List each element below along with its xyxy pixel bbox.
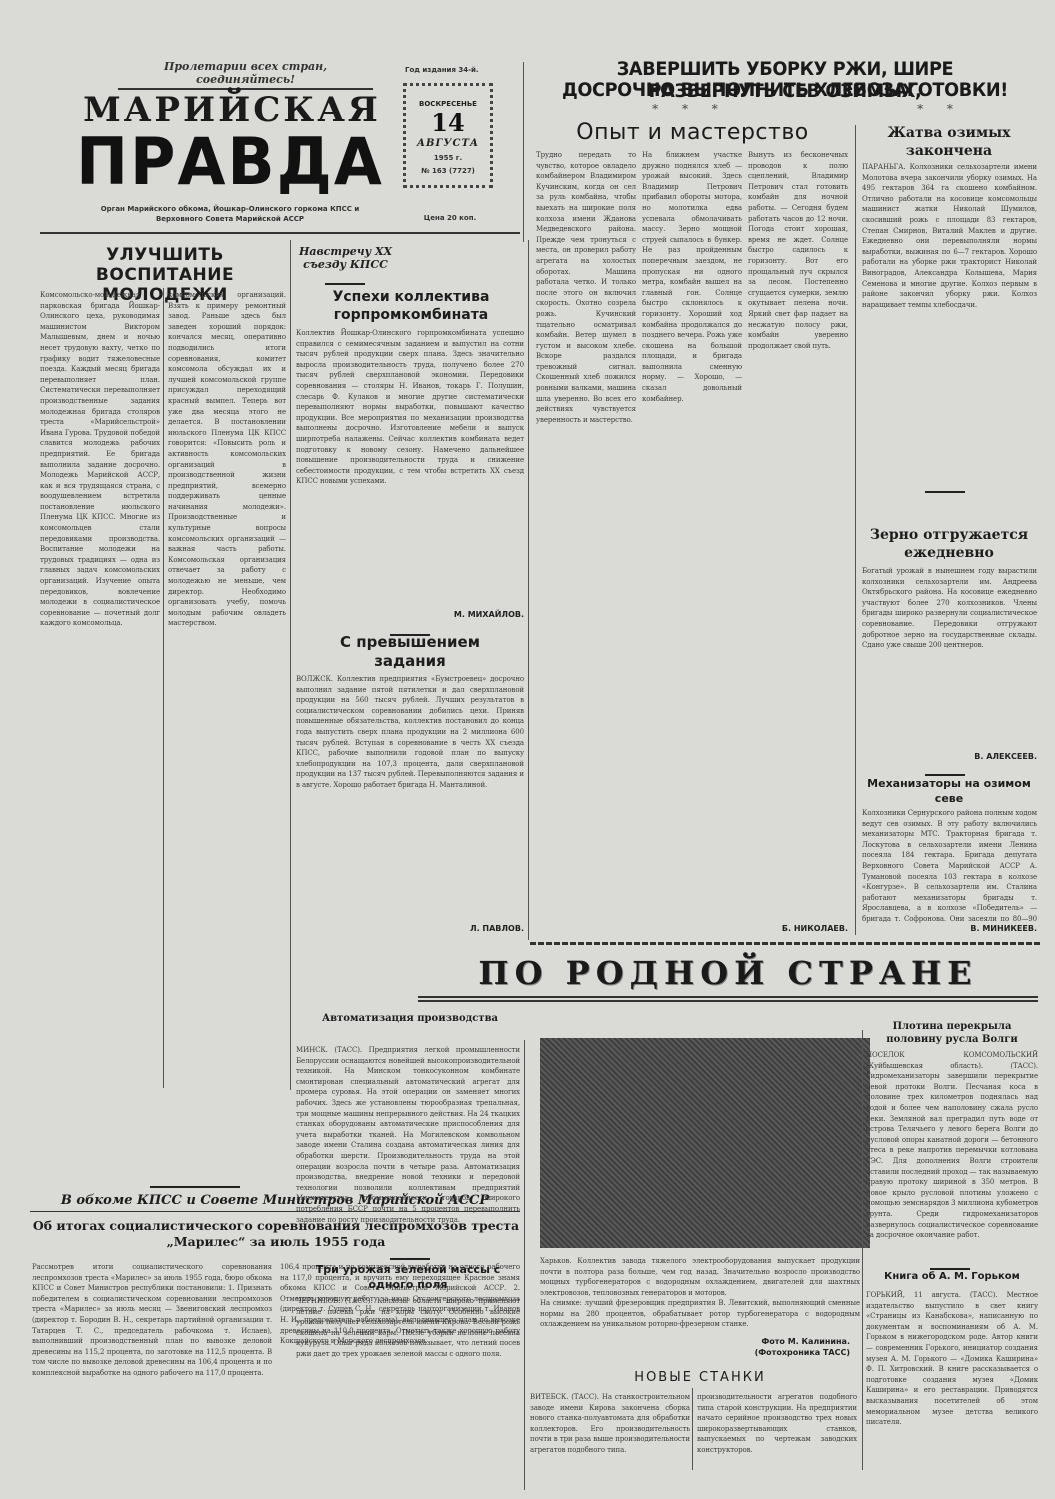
article-tri-urozhaya-body: ЧЕРНИГОВ. (ТАСС). Колхозы области широко… [296,1296,520,1486]
article-vospitanie-col1: Комсомольско-молодежная парковская брига… [40,290,160,1090]
rule-zhatva [925,491,965,493]
article-kniga-title: Книга об А. М. Горьком [866,1271,1038,1282]
photo-caption: Харьков. Коллектив завода тяжелого элект… [540,1256,860,1296]
article-zerno-title: Зерно отгружается ежедневно [864,526,1034,562]
photo-caption-2: На снимке: лучший фрезеровщик предприяти… [540,1298,860,1330]
article-tri-urozhaya-title: Три урожая зеленой массы с одного поля [296,1262,520,1292]
divider-stanki [692,1388,693,1470]
article-avtomatizatsiya-title: Автоматизация производства [295,1012,525,1026]
divider-prev [528,240,529,940]
banner-stars-1: * * * [640,102,740,116]
article-prevyshenie-signature: Л. ПАВЛОВ. [296,924,524,933]
article-opyt-col1: Трудно передать то чувство, которое овла… [536,150,636,920]
article-zhatva-title: Жатва озимых закончена [864,124,1034,160]
article-uspekhi-body: Коллектив Йошкар-Олинского горпромкомбин… [296,328,524,608]
masthead-title-main: ПРАВДА [70,128,390,195]
article-plotina-body: ПОСЕЛОК КОМСОМОЛЬСКИЙ (Куйбышевская обла… [866,1050,1038,1250]
rubric-banner: ПО РОДНОЙ СТРАНЕ [418,950,1038,1002]
article-obkom-col1: Рассмотрев итоги социалистического сорев… [32,1262,272,1487]
newspaper-page: Пролетарии всех стран, соединяйтесь! МАР… [0,0,1055,1499]
weekday: ВОСКРЕСЕНЬЕ [406,100,490,108]
masthead-rule [40,232,520,234]
article-prevyshenie-title: С превышением задания [320,633,500,671]
article-avtomatizatsiya-body: МИНСК. (ТАСС). Предприятия легкой промыш… [296,1045,520,1235]
rule-uspekhi [325,283,365,285]
banner-stars-2: * * [900,102,980,116]
article-prevyshenie-body: ВОЛЖСК. Коллектив предприятия «Бумстроев… [296,674,524,918]
month: АВГУСТА [406,138,490,149]
divider-plotina [862,1030,863,1470]
rule-tri [390,1258,430,1260]
year-of-issue: Год издания 34-й. [405,66,495,74]
rubric-title: ПО РОДНОЙ СТРАНЕ [418,950,1038,996]
article-uspekhi-title: Успехи коллектива горпромкомбината [296,288,526,324]
article-mekhanizatory-signature: В. МИНИКЕЕВ. [862,924,1037,933]
article-opyt-signature: Б. НИКОЛАЕВ. [748,924,848,933]
rule-kniga [930,1268,970,1270]
photo-credit: Фото М. Калинина. (Фотохроника ТАСС) [700,1336,850,1358]
article-uspekhi-signature: М. МИХАЙЛОВ. [296,610,524,619]
article-zerno-signature: В. АЛЕКСЕЕВ. [862,752,1037,761]
article-zerno-body: Богатый урожай в нынешнем году вырастили… [862,566,1037,736]
slogan: Пролетарии всех стран, соединяйтесь! [118,60,373,90]
article-uspekhi-kicker: Навстречу XX съезду КПСС [298,245,393,271]
divider-vosp-1 [163,288,164,1088]
masthead-divider [523,62,524,242]
article-mekhanizatory-body: Колхозники Сернурского района полным ход… [862,808,1037,923]
divider-obkom [524,1040,525,1490]
article-opyt-col2: На ближнем участке дружно поднялся хлеб … [642,150,742,920]
article-novye-stanki-title: НОВЫЕ СТАНКИ [540,1370,860,1385]
article-vospitanie-col2: комсомольских организаций. Взять к приме… [168,290,286,1090]
rubric-top-rule [530,942,1040,945]
article-opyt-title: Опыт и мастерство [540,120,845,145]
article-kniga-body: ГОРЬКИЙ, 11 августа. (ТАСС). Местное изд… [866,1290,1038,1475]
factory-photo [540,1038,870,1248]
banner-line-2: ДОСРОЧНО ВЫПОЛНИТЬ ХЛЕБОЗАГОТОВКИ! [553,79,1018,101]
article-plotina-title: Плотина перекрыла половину русла Волги [866,1020,1038,1046]
article-novye-stanki-col1: ВИТЕБСК. (ТАСС). На станкостроительном з… [530,1392,690,1472]
article-novye-stanki-col2: производительности агрегатов подобного т… [697,1392,857,1472]
masthead-organ: Орган Марийского обкома, Йошкар-Олинског… [85,204,375,224]
year-date: 1955 г. [406,154,490,162]
rule-obkom [150,1186,240,1188]
article-zhatva-body: ПАРАНЬГА. Колхозники сельхозартели имени… [862,162,1037,482]
date-box: ВОСКРЕСЕНЬЕ 14 АВГУСТА 1955 г. № 163 (77… [403,83,493,188]
article-mekhanizatory-title: Механизаторы на озимом севе [864,776,1034,806]
divider-opyt [855,125,856,935]
day: 14 [406,108,490,138]
price: Цена 20 коп. [405,214,495,222]
issue-number: № 163 (7727) [406,167,490,175]
article-opyt-col3: Вынуть из бесконечных проводов к полю сц… [748,150,848,920]
divider-vosp-2 [290,240,291,1090]
